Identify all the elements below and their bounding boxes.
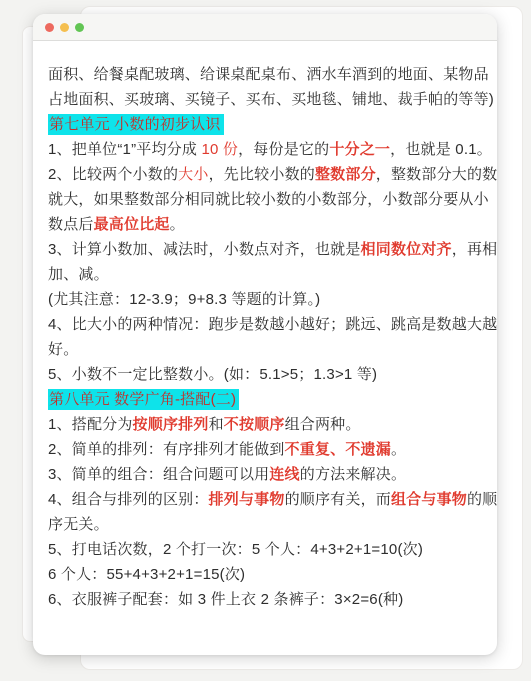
- section-header: 第八单元 数学广角-搭配(二): [48, 387, 483, 412]
- text-line: 3、计算小数加、减法时，小数点对齐，也就是相同数位对齐，再相: [48, 237, 483, 262]
- text-segment: 5、小数不一定比整数小。(如：5.1>5；1.3>1 等): [48, 366, 377, 383]
- text-line: 就大，如果整数部分相同就比较小数的小数部分，小数部分要从小: [48, 187, 483, 212]
- text-segment: 的顺序有关，而: [285, 491, 391, 508]
- text-segment: 数点后: [48, 216, 94, 233]
- text-line: 数点后最高位比起。: [48, 212, 483, 237]
- maximize-button[interactable]: [75, 23, 84, 32]
- text-line: 加、减。: [48, 262, 483, 287]
- text-line: 4、组合与排列的区别：排列与事物的顺序有关，而组合与事物的顺: [48, 487, 483, 512]
- text-line: 3、简单的组合：组合问题可以用连线的方法来解决。: [48, 462, 483, 487]
- text-segment: (尤其注意：12-3.9；9+8.3 等题的计算。): [48, 291, 320, 308]
- close-button[interactable]: [45, 23, 54, 32]
- text-segment: 和: [209, 416, 224, 433]
- text-line: 6、衣服裤子配套：如 3 件上衣 2 条裤子：3×2=6(种): [48, 587, 483, 612]
- text-segment: 就大，如果整数部分相同就比较小数的小数部分，小数部分要从小: [48, 191, 489, 208]
- text-segment: 3、计算小数加、减法时，小数点对齐，也就是: [48, 241, 361, 258]
- text-segment: ，也就是 0.1。: [390, 141, 492, 158]
- text-line: 好。: [48, 337, 483, 362]
- text-line: 1、搭配分为按顺序排列和不按顺序组合两种。: [48, 412, 483, 437]
- text-segment: 面积、给餐桌配玻璃、给课桌配桌布、洒水车酒到的地面、某物品: [48, 66, 489, 83]
- text-line: 占地面积、买玻璃、买镜子、买布、买地毯、铺地、裁手帕的等等): [48, 87, 483, 112]
- text-segment: 最高位比起: [94, 216, 170, 233]
- text-segment: 的顺: [467, 491, 497, 508]
- text-segment: 好。: [48, 341, 78, 358]
- text-line: 4、比大小的两种情况：跑步是数越小越好；跳远、跳高是数越大越: [48, 312, 483, 337]
- text-segment: 不按顺序: [224, 416, 285, 433]
- document-body: 面积、给餐桌配玻璃、给课桌配桌布、洒水车酒到的地面、某物品占地面积、买玻璃、买镜…: [33, 41, 497, 612]
- text-segment: 排列与事物: [209, 491, 285, 508]
- text-segment: 序无关。: [48, 516, 109, 533]
- text-segment: 。: [170, 216, 185, 233]
- text-segment: 10 份: [201, 141, 238, 158]
- note-window: 面积、给餐桌配玻璃、给课桌配桌布、洒水车酒到的地面、某物品占地面积、买玻璃、买镜…: [33, 14, 497, 655]
- text-segment: 不重复、不遗漏: [285, 441, 391, 458]
- section-header-text: 第八单元 数学广角-搭配(二): [48, 389, 239, 410]
- text-segment: 4、比大小的两种情况：跑步是数越小越好；跳远、跳高是数越大越: [48, 316, 497, 333]
- text-segment: 加、减。: [48, 266, 109, 283]
- text-line: 1、把单位“1”平均分成 10 份，每份是它的十分之一，也就是 0.1。: [48, 137, 483, 162]
- text-segment: 连线: [269, 466, 299, 483]
- text-segment: 整数部分: [315, 166, 376, 183]
- text-segment: 。: [391, 441, 406, 458]
- text-segment: 1、把单位“1”平均分成: [48, 141, 201, 158]
- text-segment: 组合两种。: [285, 416, 361, 433]
- text-segment: ，整数部分大的数: [376, 166, 497, 183]
- text-segment: 十分之一: [329, 141, 390, 158]
- text-segment: ，每份是它的: [238, 141, 329, 158]
- text-segment: ，先比较小数的: [209, 166, 315, 183]
- text-segment: 组合与事物: [391, 491, 467, 508]
- text-line: 2、简单的排列：有序排列才能做到不重复、不遗漏。: [48, 437, 483, 462]
- text-line: 6 个人：55+4+3+2+1=15(次): [48, 562, 483, 587]
- window-titlebar: [33, 14, 497, 41]
- text-segment: 1、搭配分为: [48, 416, 133, 433]
- text-segment: 2、比较两个小数的: [48, 166, 178, 183]
- text-segment: 6 个人：55+4+3+2+1=15(次): [48, 566, 245, 583]
- text-segment: 6、衣服裤子配套：如 3 件上衣 2 条裤子：3×2=6(种): [48, 591, 403, 608]
- text-segment: 相同数位对齐: [361, 241, 452, 258]
- minimize-button[interactable]: [60, 23, 69, 32]
- text-segment: 按顺序排列: [133, 416, 209, 433]
- text-segment: 2、简单的排列：有序排列才能做到: [48, 441, 285, 458]
- text-line: (尤其注意：12-3.9；9+8.3 等题的计算。): [48, 287, 483, 312]
- text-segment: ，再相: [452, 241, 497, 258]
- text-line: 2、比较两个小数的大小，先比较小数的整数部分，整数部分大的数: [48, 162, 483, 187]
- section-header-text: 第七单元 小数的初步认识: [48, 114, 224, 135]
- text-segment: 3、简单的组合：组合问题可以用: [48, 466, 269, 483]
- text-line: 5、打电话次数，2 个打一次：5 个人：4+3+2+1=10(次): [48, 537, 483, 562]
- text-segment: 的方法来解决。: [300, 466, 406, 483]
- text-segment: 占地面积、买玻璃、买镜子、买布、买地毯、铺地、裁手帕的等等): [48, 91, 494, 108]
- text-segment: 5、打电话次数，2 个打一次：5 个人：4+3+2+1=10(次): [48, 541, 423, 558]
- text-segment: 大小: [178, 166, 208, 183]
- text-line: 面积、给餐桌配玻璃、给课桌配桌布、洒水车酒到的地面、某物品: [48, 62, 483, 87]
- text-line: 5、小数不一定比整数小。(如：5.1>5；1.3>1 等): [48, 362, 483, 387]
- text-segment: 4、组合与排列的区别：: [48, 491, 209, 508]
- section-header: 第七单元 小数的初步认识: [48, 112, 483, 137]
- text-line: 序无关。: [48, 512, 483, 537]
